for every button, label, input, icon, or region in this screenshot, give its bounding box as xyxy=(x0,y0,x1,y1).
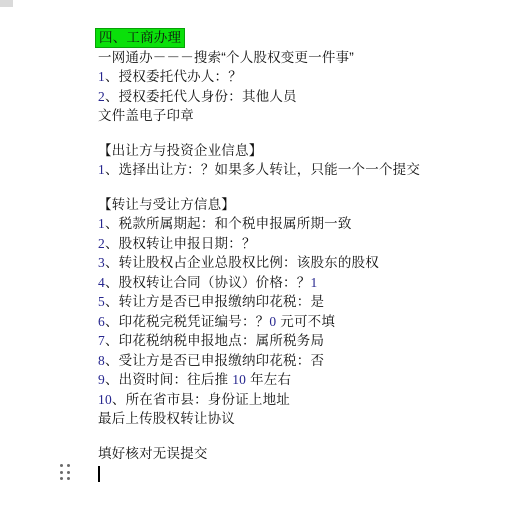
text-line[interactable]: 文件盖电子印章 xyxy=(98,106,498,126)
text-line[interactable]: 1、选择出让方：？如果多人转让，只能一个一个提交 xyxy=(98,160,498,180)
document-page: 四、工商办理一网通办－－－搜索“个人股权变更一件事”1、授权委托代办人：？2、授… xyxy=(0,0,505,520)
blank-line xyxy=(98,429,498,444)
highlighted-text: 四、工商办理 xyxy=(95,28,185,48)
text-line[interactable]: 1、授权委托代办人：？ xyxy=(98,67,498,87)
text-line[interactable]: 1、税款所属期起：和个税申报属所期一致 xyxy=(98,214,498,234)
line-text: 8、受让方是否已申报缴纳印花税：否 xyxy=(98,353,324,368)
caret-line[interactable] xyxy=(98,463,498,483)
text-caret xyxy=(98,466,100,482)
text-line[interactable]: 2、股权转让申报日期：？ xyxy=(98,234,498,254)
document-body[interactable]: 四、工商办理一网通办－－－搜索“个人股权变更一件事”1、授权委托代办人：？2、授… xyxy=(98,28,498,483)
text-line[interactable]: 7、印花税纳税申报地点：属所税务局 xyxy=(98,331,498,351)
line-text: 5、转让方是否已申报缴纳印花税：是 xyxy=(98,294,324,309)
text-line[interactable]: 9、出资时间：往后推 10 年左右 xyxy=(98,370,498,390)
text-line[interactable]: 填好核对无误提交 xyxy=(98,444,498,464)
text-line[interactable]: 5、转让方是否已申报缴纳印花税：是 xyxy=(98,292,498,312)
line-text: 【出让方与投资企业信息】 xyxy=(98,143,262,158)
line-text: 【转让与受让方信息】 xyxy=(98,197,235,212)
text-line[interactable]: 6、印花税完税凭证编号：？0 元可不填 xyxy=(98,312,498,332)
line-text: 3、转让股权占企业总股权比例：该股东的股权 xyxy=(98,255,379,270)
line-text: 9、出资时间：往后推 10 年左右 xyxy=(98,372,291,387)
line-text: 7、印花税纳税申报地点：属所税务局 xyxy=(98,333,324,348)
text-line[interactable]: 2、授权委托代人身份：其他人员 xyxy=(98,87,498,107)
text-line[interactable]: 【转让与受让方信息】 xyxy=(98,195,498,215)
text-line[interactable]: 3、转让股权占企业总股权比例：该股东的股权 xyxy=(98,253,498,273)
line-text: 最后上传股权转让协议 xyxy=(98,411,235,426)
blank-line xyxy=(98,126,498,141)
line-text: 4、股权转让合同（协议）价格：？1 xyxy=(98,275,317,290)
line-text: 1、授权委托代办人：？ xyxy=(98,69,242,84)
line-text: 文件盖电子印章 xyxy=(98,108,194,123)
heading-line[interactable]: 四、工商办理 xyxy=(98,28,498,48)
text-line[interactable]: 一网通办－－－搜索“个人股权变更一件事” xyxy=(98,48,498,68)
text-line[interactable]: 8、受让方是否已申报缴纳印花税：否 xyxy=(98,351,498,371)
blank-line xyxy=(98,180,498,195)
line-text: 2、股权转让申报日期：？ xyxy=(98,236,256,251)
line-text: 2、授权委托代人身份：其他人员 xyxy=(98,89,297,104)
window-corner-fragment xyxy=(0,0,13,7)
line-text: 1、税款所属期起：和个税申报属所期一致 xyxy=(98,216,352,231)
drag-handle-icon[interactable] xyxy=(60,464,70,480)
line-text: 10、所在省市县：身份证上地址 xyxy=(98,392,290,407)
line-text: 填好核对无误提交 xyxy=(98,446,208,461)
line-text: 6、印花税完税凭证编号：？0 元可不填 xyxy=(98,314,335,329)
line-text: 一网通办－－－搜索“个人股权变更一件事” xyxy=(98,50,354,65)
text-line[interactable]: 4、股权转让合同（协议）价格：？1 xyxy=(98,273,498,293)
line-text: 1、选择出让方：？如果多人转让，只能一个一个提交 xyxy=(98,162,420,177)
text-line[interactable]: 最后上传股权转让协议 xyxy=(98,409,498,429)
text-line[interactable]: 10、所在省市县：身份证上地址 xyxy=(98,390,498,410)
text-line[interactable]: 【出让方与投资企业信息】 xyxy=(98,141,498,161)
